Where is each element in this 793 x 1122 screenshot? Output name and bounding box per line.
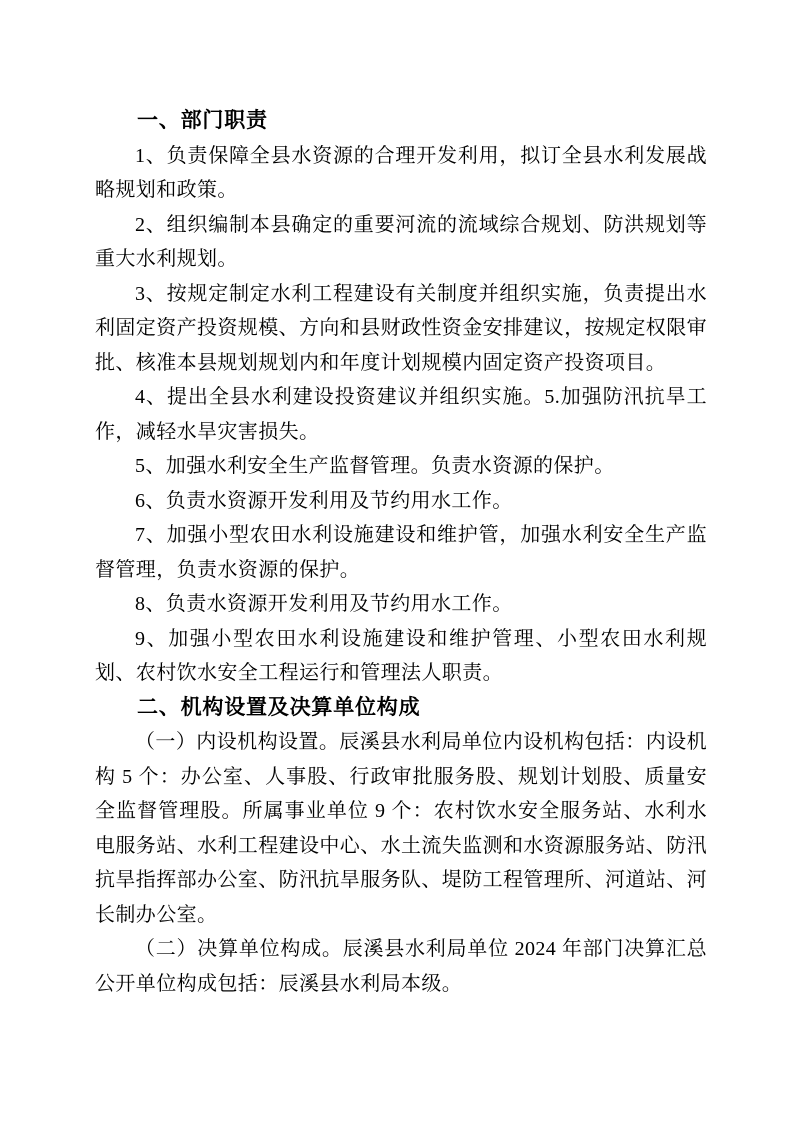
body-paragraph: 2、组织编制本县确定的重要河流的流域综合规划、防洪规划等重大水利规划。 bbox=[95, 208, 707, 277]
body-paragraph: （二）决算单位构成。辰溪县水利局单位 2024 年部门决算汇总公开单位构成包括：… bbox=[95, 932, 707, 1001]
body-paragraph: 3、按规定制定水利工程建设有关制度并组织实施，负责提出水利固定资产投资规模、方向… bbox=[95, 277, 707, 381]
body-paragraph: 5、加强水利安全生产监督管理。负责水资源的保护。 bbox=[95, 449, 707, 484]
section-heading: 二、机构设置及决算单位构成 bbox=[95, 691, 707, 726]
document-body: 一、部门职责1、负责保障全县水资源的合理开发利用，拟订全县水利发展战略规划和政策… bbox=[95, 104, 707, 1001]
body-paragraph: 8、负责水资源开发利用及节约用水工作。 bbox=[95, 587, 707, 622]
body-paragraph: 1、负责保障全县水资源的合理开发利用，拟订全县水利发展战略规划和政策。 bbox=[95, 139, 707, 208]
section-heading: 一、部门职责 bbox=[95, 104, 707, 139]
body-paragraph: （一）内设机构设置。辰溪县水利局单位内设机构包括：内设机构 5 个：办公室、人事… bbox=[95, 725, 707, 932]
body-paragraph: 4、提出全县水利建设投资建议并组织实施。5.加强防汛抗旱工作，减轻水旱灾害损失。 bbox=[95, 380, 707, 449]
body-paragraph: 9、加强小型农田水利设施建设和维护管理、小型农田水利规划、农村饮水安全工程运行和… bbox=[95, 622, 707, 691]
body-paragraph: 6、负责水资源开发利用及节约用水工作。 bbox=[95, 484, 707, 519]
body-paragraph: 7、加强小型农田水利设施建设和维护管，加强水利安全生产监督管理，负责水资源的保护… bbox=[95, 518, 707, 587]
document-page: 一、部门职责1、负责保障全县水资源的合理开发利用，拟订全县水利发展战略规划和政策… bbox=[0, 0, 793, 1122]
